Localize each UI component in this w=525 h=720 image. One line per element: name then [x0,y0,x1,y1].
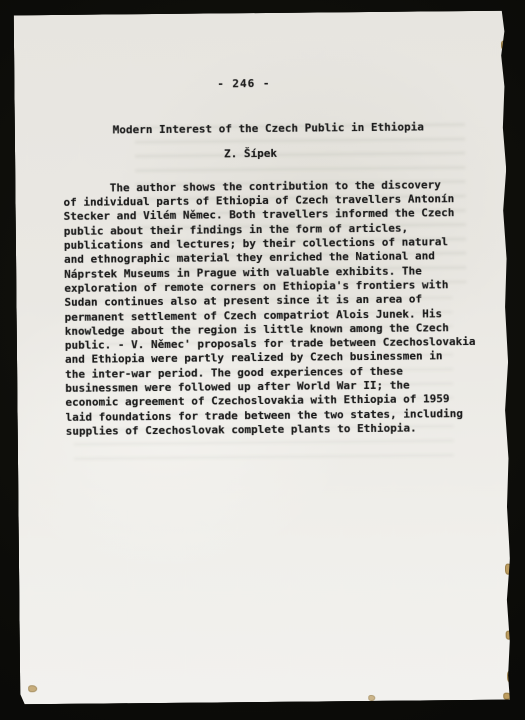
paper-edge-speck [501,41,507,50]
scanned-page: - 246 - Modern Interest of the Czech Pub… [14,11,512,705]
paper-edge-speck [507,671,514,683]
author-name: Z. Šípek [5,144,496,163]
paper-edge-speck [503,693,511,700]
body-text: The author shows the contribution to the… [63,178,492,439]
page-content: - 246 - Modern Interest of the Czech Pub… [14,11,512,705]
paper-edge-speck [507,598,513,606]
paper-edge-speck [368,695,375,701]
photo-background: { "colors": { "photo_background": "#0b0b… [0,0,525,720]
paper-edge-speck [505,564,512,575]
paper-edge-speck [506,631,513,640]
page-number: - 246 - [0,11,489,94]
paper-edge-speck [28,685,37,692]
body-line: supplies of Czechoslovak complete plants… [66,421,493,439]
document-title: Modern Interest of the Czech Public in E… [23,120,514,139]
